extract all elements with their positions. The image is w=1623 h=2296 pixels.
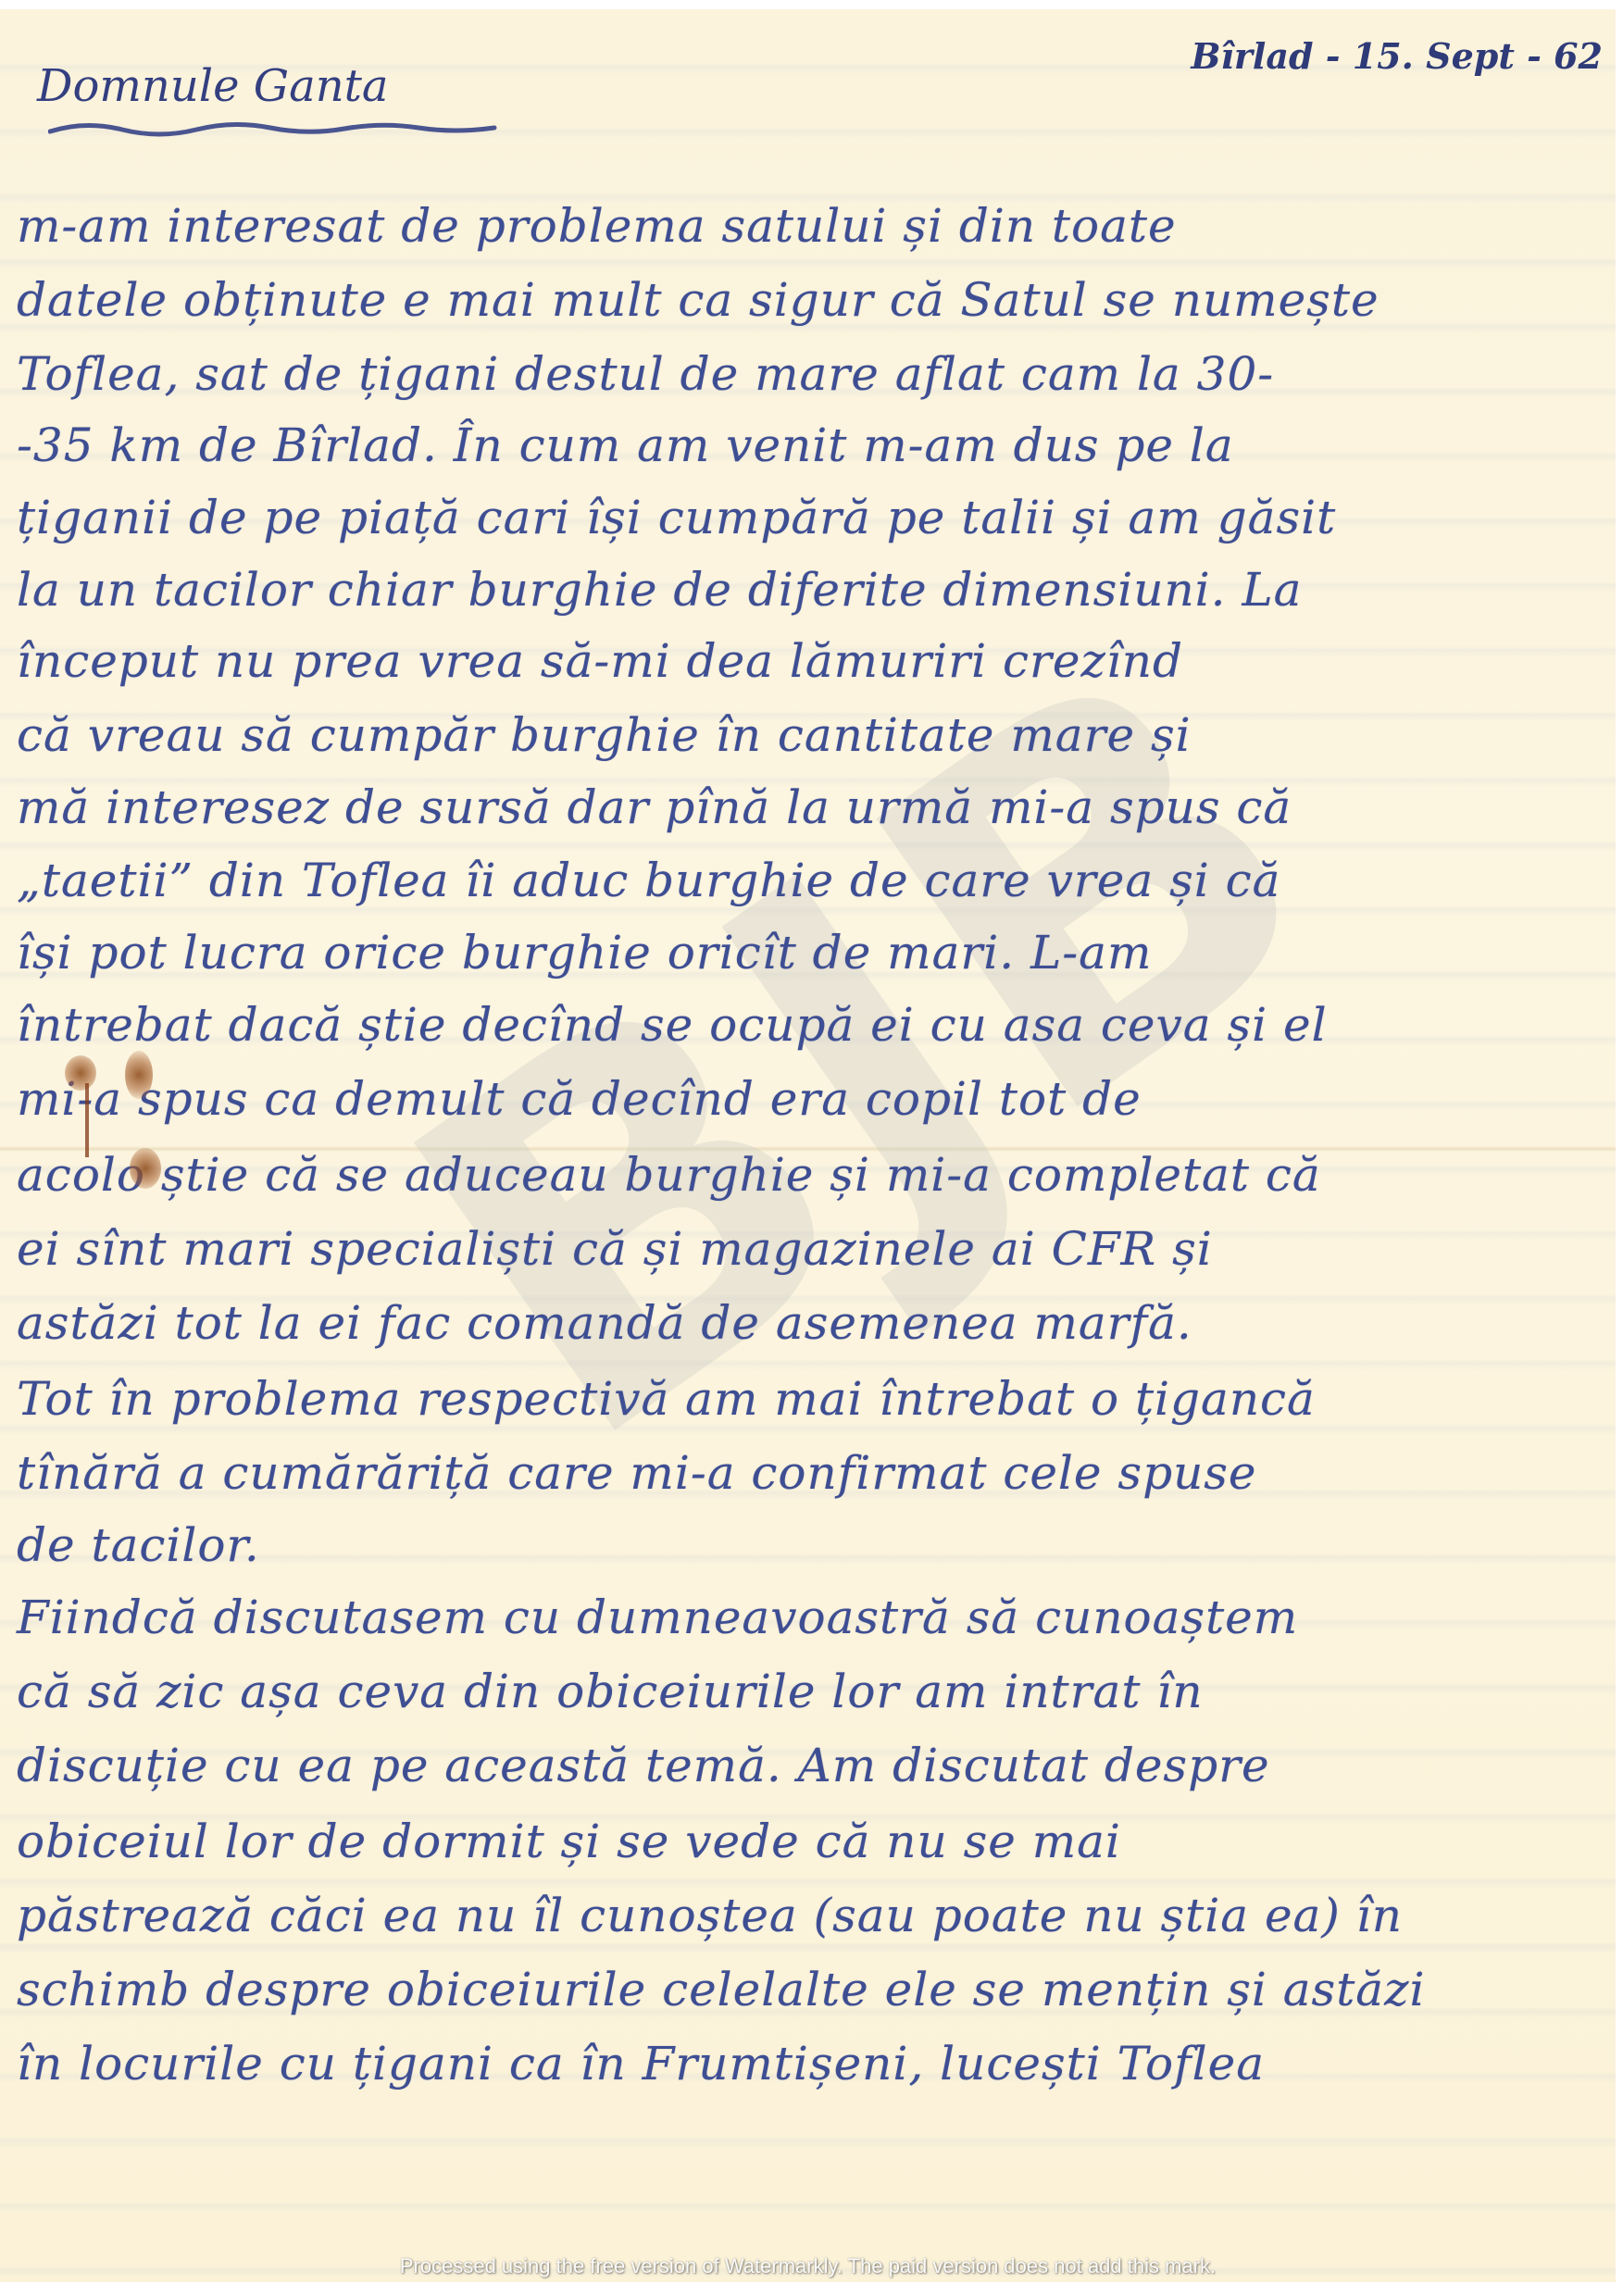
rust-stain: [65, 1055, 96, 1091]
letter-line-5: țiganii de pe piață cari își cumpără pe …: [17, 491, 1336, 544]
letter-line-1: m-am interesat de problema satului și di…: [17, 199, 1177, 253]
letter-line-15: ei sînt mari specialiști că și magazinel…: [17, 1222, 1213, 1276]
letter-line-2: datele obținute e mai mult ca sigur că S…: [17, 273, 1380, 327]
letter-line-9: mă interesez de sursă dar pînă la urmă m…: [17, 780, 1292, 834]
letter-line-17: Tot în problema respectivă am mai întreb…: [17, 1372, 1316, 1426]
letter-line-13: mi-a spus ca demult că decînd era copil …: [17, 1072, 1142, 1126]
salutation: Domnule Ganta: [37, 60, 389, 112]
letter-line-23: obiceiul lor de dormit și se vede că nu …: [17, 1815, 1121, 1868]
letter-line-11: își pot lucra orice burghie oricît de ma…: [17, 926, 1152, 980]
letter-line-24: păstrează căci ea nu îl cunoștea (sau po…: [17, 1889, 1403, 1942]
letter-line-6: la un tacilor chiar burghie de diferite …: [17, 563, 1302, 617]
letter-line-19: de tacilor.: [17, 1518, 260, 1572]
rust-stain: [125, 1051, 153, 1099]
letter-line-14: acolo știe că se aduceau burghie și mi-a…: [17, 1148, 1321, 1202]
letter-line-16: astăzi tot la ei fac comandă de asemenea…: [17, 1296, 1192, 1350]
letter-line-10: „taetii” din Toflea îi aduc burghie de c…: [17, 854, 1280, 907]
letter-line-3: Toflea, sat de țigani destul de mare afl…: [17, 347, 1274, 401]
letter-line-12: întrebat dacă știe decînd se ocupă ei cu…: [17, 998, 1328, 1052]
letter-line-25: schimb despre obiceiurile celelalte ele …: [17, 1963, 1425, 2016]
letter-line-20: Fiindcă discutasem cu dumneavoastră să c…: [17, 1591, 1298, 1644]
letter-line-22: discuție cu ea pe această temă. Am discu…: [17, 1739, 1270, 1792]
letter-page: BJB Bîrlad - 15. Sept - 62 Domnule Ganta…: [0, 9, 1616, 2282]
letter-line-18: tînără a cumărăriță care mi-a confirmat …: [17, 1446, 1257, 1500]
place-date: Bîrlad - 15. Sept - 62: [1191, 35, 1603, 77]
rust-streak: [85, 1083, 89, 1157]
letter-line-7: început nu prea vrea să-mi dea lămuriri …: [17, 634, 1183, 688]
salutation-underline: [48, 120, 497, 139]
letter-line-26: în locurile cu țigani ca în Frumtișeni, …: [17, 2037, 1265, 2090]
tool-watermark: Processed using the free version of Wate…: [0, 2254, 1616, 2278]
rust-stain: [130, 1148, 161, 1189]
letter-line-4: -35 km de Bîrlad. În cum am venit m-am d…: [17, 418, 1234, 472]
letter-line-8: că vreau să cumpăr burghie în cantitate …: [17, 708, 1192, 762]
letter-line-21: că să zic așa ceva din obiceiurile lor a…: [17, 1665, 1204, 1718]
